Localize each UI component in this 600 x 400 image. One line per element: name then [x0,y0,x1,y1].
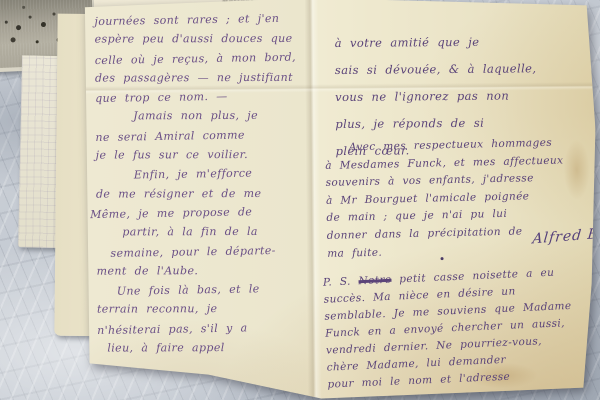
handwriting-line: journées sont rares ; et j'en [94,8,306,31]
handwriting-line: vous ne l'ignorez pas non [335,82,575,111]
handwriting-line: n'hésiterai pas, s'il y a [97,317,309,340]
handwriting-line: je le fus sur ce voilier. [96,145,308,165]
handwriting-line: ment de l'Aube. [97,261,309,281]
handwriting-line: partir, à la fin de la [122,222,308,242]
ink-dot [441,257,444,260]
handwriting-line: ne serai Amiral comme [95,124,307,147]
handwriting-line: Jamais non plus, je [133,106,307,126]
postscript-block: P. S. Notre petit casse noisette a eu su… [323,263,590,393]
left-page-text: journées sont rares ; et j'en espère peu… [94,9,309,358]
handwriting-line: à votre amitié que je [335,28,575,57]
handwriting-line: terrain reconnu, je [97,299,309,319]
ps-prefix: P. S. [323,276,351,289]
handwriting-line: de me résigner et de me [96,184,308,204]
handwriting-line: sais si dévouée, & à laquelle, [335,55,575,84]
photographed-letters-scene: à pas beso à a Donc vou heu j. b Qu b sa… [0,0,600,400]
handwriting-line: Une fois là bas, et le [117,279,309,302]
struck-word: Notre [358,274,391,287]
handwriting-line: lieu, à faire appel [107,338,309,358]
handwriting-line: Enfin, je m'efforce [134,163,308,185]
handwriting-line: celle où je reçus, à mon bord, [95,47,307,70]
handwriting-line: semaine, pour le départe- [110,240,308,263]
handwriting-line: plus, je réponds de si [335,109,575,138]
main-letter-sheet: journées sont rares ; et j'en espère peu… [82,0,598,400]
handwriting-line: espère peu d'aussi douces que [95,29,307,49]
handwriting-line: des passagères — ne justifiant [95,68,307,88]
ps-first-line-rest: petit casse noisette a eu [399,267,555,286]
